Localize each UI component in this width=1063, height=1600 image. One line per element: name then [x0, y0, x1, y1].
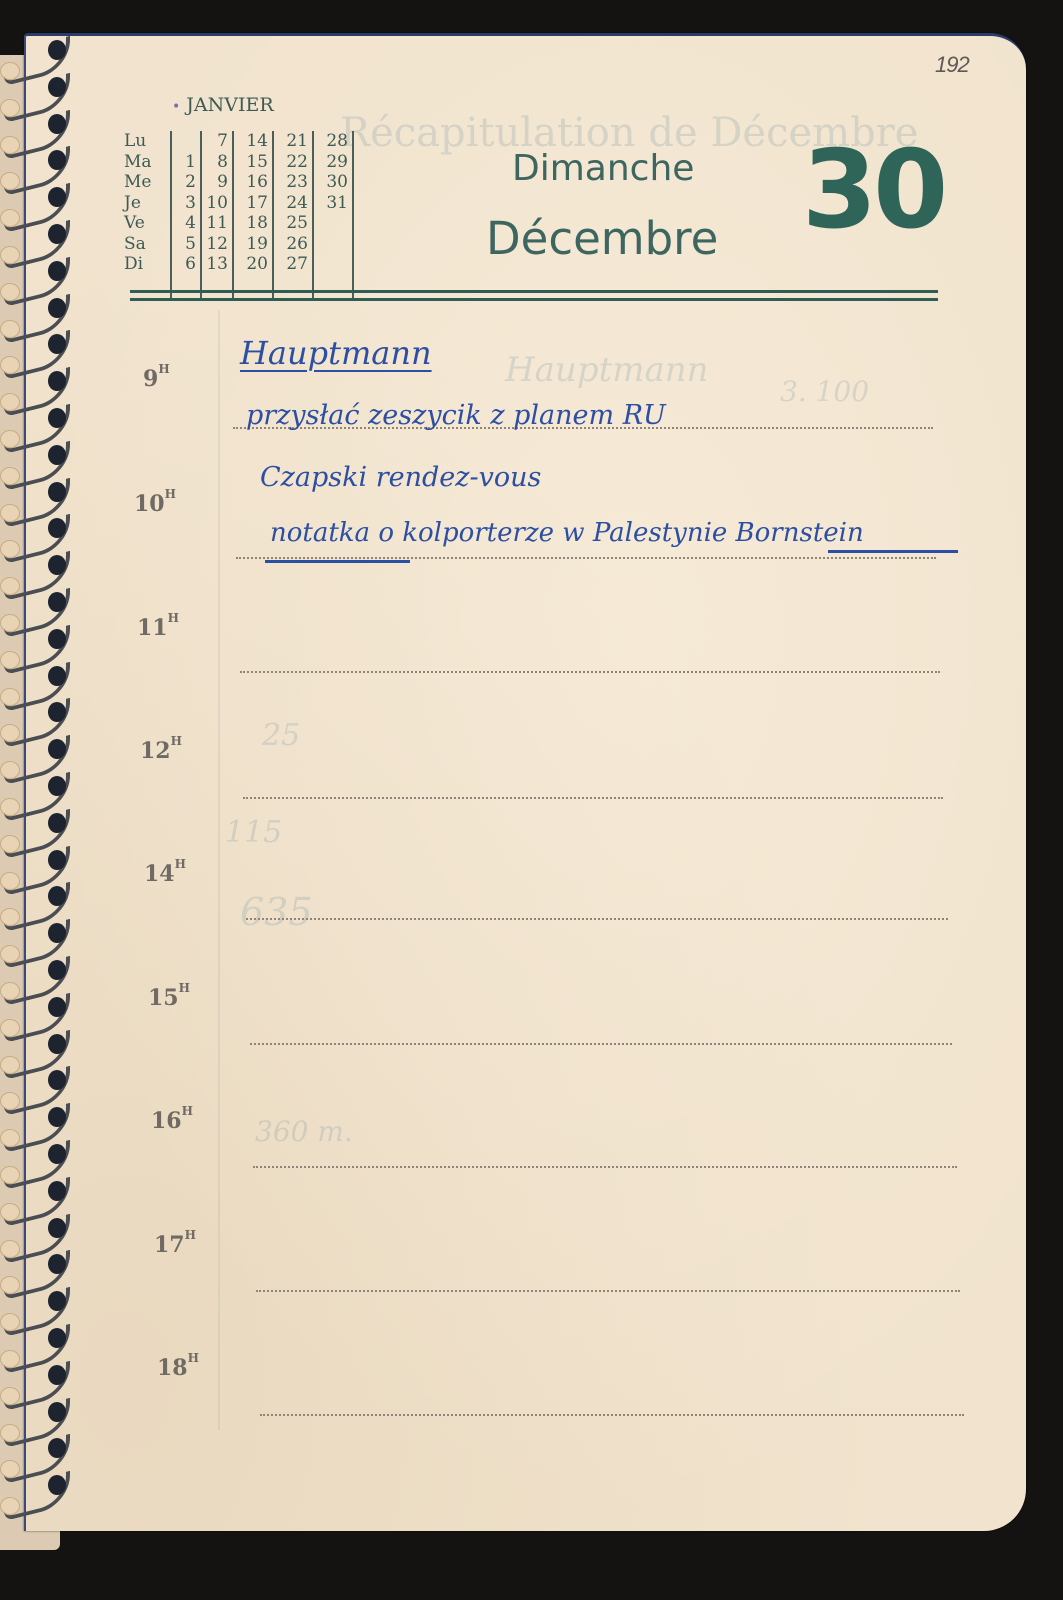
bleed-through-note: 25 — [262, 718, 300, 753]
date-day-name: Dimanche — [512, 148, 694, 189]
calendar-day: 30 — [314, 172, 348, 193]
handwritten-underline — [828, 550, 958, 553]
writing-line — [243, 797, 943, 799]
bleed-through-note: 635 — [240, 890, 313, 934]
calendar-day: 31 — [314, 193, 348, 214]
mini-calendar-week: 1 2 3 4 5 6 — [170, 131, 200, 299]
calendar-day: 27 — [274, 254, 308, 275]
spiral-coil — [0, 1181, 70, 1221]
bullet-icon: • — [172, 99, 180, 115]
calendar-day: 2 — [172, 172, 196, 193]
calendar-day: 26 — [274, 234, 308, 255]
day-abbrev: Me — [124, 172, 170, 193]
calendar-day — [314, 213, 348, 234]
spiral-coil — [0, 261, 70, 301]
hour-label-10: 10H — [134, 491, 176, 517]
calendar-day: 16 — [234, 172, 268, 193]
calendar-day: 13 — [202, 254, 228, 275]
writing-line — [250, 1043, 952, 1045]
calendar-day: 5 — [172, 234, 196, 255]
calendar-day: 20 — [234, 254, 268, 275]
spiral-coil — [0, 77, 70, 117]
calendar-day: 29 — [314, 152, 348, 173]
mini-calendar-day-abbrevs: Lu Ma Me Je Ve Sa Di — [124, 131, 170, 299]
handwritten-note: przysłać zeszycik z planem RU — [246, 400, 666, 431]
calendar-day: 18 — [234, 213, 268, 234]
hour-label-18: 18H — [157, 1355, 199, 1381]
date-month: Décembre — [486, 212, 718, 265]
handwritten-underline — [265, 560, 410, 563]
calendar-day: 23 — [274, 172, 308, 193]
calendar-day: 28 — [314, 131, 348, 152]
spiral-coil — [0, 629, 70, 669]
calendar-day: 6 — [172, 254, 196, 275]
calendar-day: 17 — [234, 193, 268, 214]
day-abbrev: Lu — [124, 131, 170, 152]
day-abbrev: Sa — [124, 234, 170, 255]
margin-line — [218, 310, 220, 1430]
calendar-day: 7 — [202, 131, 228, 152]
spiral-coil — [0, 224, 70, 264]
spiral-coil — [0, 1365, 70, 1405]
spiral-coil — [0, 592, 70, 632]
bleed-through-note: 3. 100 — [780, 375, 869, 408]
calendar-day: 11 — [202, 213, 228, 234]
header-rule — [130, 290, 938, 293]
spiral-coil — [0, 1328, 70, 1368]
hour-label-9: 9H — [143, 366, 170, 392]
writing-line — [246, 918, 948, 920]
header-rule — [130, 298, 938, 301]
spiral-coil — [0, 997, 70, 1037]
hour-label-16: 16H — [151, 1108, 193, 1134]
calendar-day: 1 — [172, 152, 196, 173]
writing-line — [240, 671, 940, 673]
spiral-coil — [0, 40, 70, 80]
day-abbrev: Di — [124, 254, 170, 275]
calendar-day: 8 — [202, 152, 228, 173]
hour-label-14: 14H — [144, 861, 186, 887]
bleed-through-note: 360 m. — [255, 1115, 353, 1148]
bleed-through-note: Hauptmann — [505, 350, 709, 390]
calendar-day: 25 — [274, 213, 308, 234]
calendar-day: 10 — [202, 193, 228, 214]
mini-calendar-week: 28 29 30 31 — [312, 131, 352, 299]
handwritten-note: notatka o kolporterze w Palestynie Borns… — [270, 518, 864, 548]
calendar-day: 9 — [202, 172, 228, 193]
calendar-day — [314, 234, 348, 255]
calendar-day: 15 — [234, 152, 268, 173]
day-abbrev: Je — [124, 193, 170, 214]
calendar-day: 22 — [274, 152, 308, 173]
handwritten-note-title: Hauptmann — [240, 334, 432, 372]
spiral-coil — [0, 813, 70, 853]
bleed-through-note: 115 — [225, 815, 282, 850]
writing-line — [253, 1166, 957, 1168]
mini-calendar-month: •JANVIER — [172, 94, 274, 116]
calendar-day: 19 — [234, 234, 268, 255]
spiral-coil — [0, 445, 70, 485]
writing-line — [260, 1414, 964, 1416]
page-number: 192 — [935, 52, 969, 78]
hour-label-12: 12H — [140, 738, 182, 764]
calendar-day — [172, 131, 196, 152]
spiral-coil — [0, 776, 70, 816]
mini-calendar-week: 21 22 23 24 25 26 27 — [272, 131, 312, 299]
hour-label-17: 17H — [154, 1232, 196, 1258]
writing-line — [256, 1290, 960, 1292]
spiral-coil — [0, 960, 70, 1000]
calendar-day: 21 — [274, 131, 308, 152]
day-abbrev: Ve — [124, 213, 170, 234]
hour-label-15: 15H — [148, 985, 190, 1011]
mini-calendar-week: 14 15 16 17 18 19 20 — [232, 131, 272, 299]
writing-line — [236, 557, 936, 559]
calendar-day: 14 — [234, 131, 268, 152]
spiral-coil — [0, 408, 70, 448]
spiral-coil — [0, 1475, 70, 1515]
mini-calendar-month-label: JANVIER — [186, 94, 273, 116]
mini-calendar: Lu Ma Me Je Ve Sa Di 1 2 3 4 5 6 7 8 9 1… — [124, 131, 356, 299]
spiral-coil — [0, 1144, 70, 1184]
mini-calendar-border — [352, 131, 356, 299]
calendar-day: 3 — [172, 193, 196, 214]
spiral-binding — [0, 40, 90, 1540]
calendar-day: 12 — [202, 234, 228, 255]
calendar-day: 4 — [172, 213, 196, 234]
calendar-day: 24 — [274, 193, 308, 214]
day-abbrev: Ma — [124, 152, 170, 173]
date-day-number: 30 — [802, 128, 944, 253]
handwritten-note: Czapski rendez-vous — [260, 462, 541, 493]
mini-calendar-week: 7 8 9 10 11 12 13 — [200, 131, 232, 299]
hour-label-11: 11H — [137, 615, 179, 641]
calendar-day — [314, 254, 348, 275]
